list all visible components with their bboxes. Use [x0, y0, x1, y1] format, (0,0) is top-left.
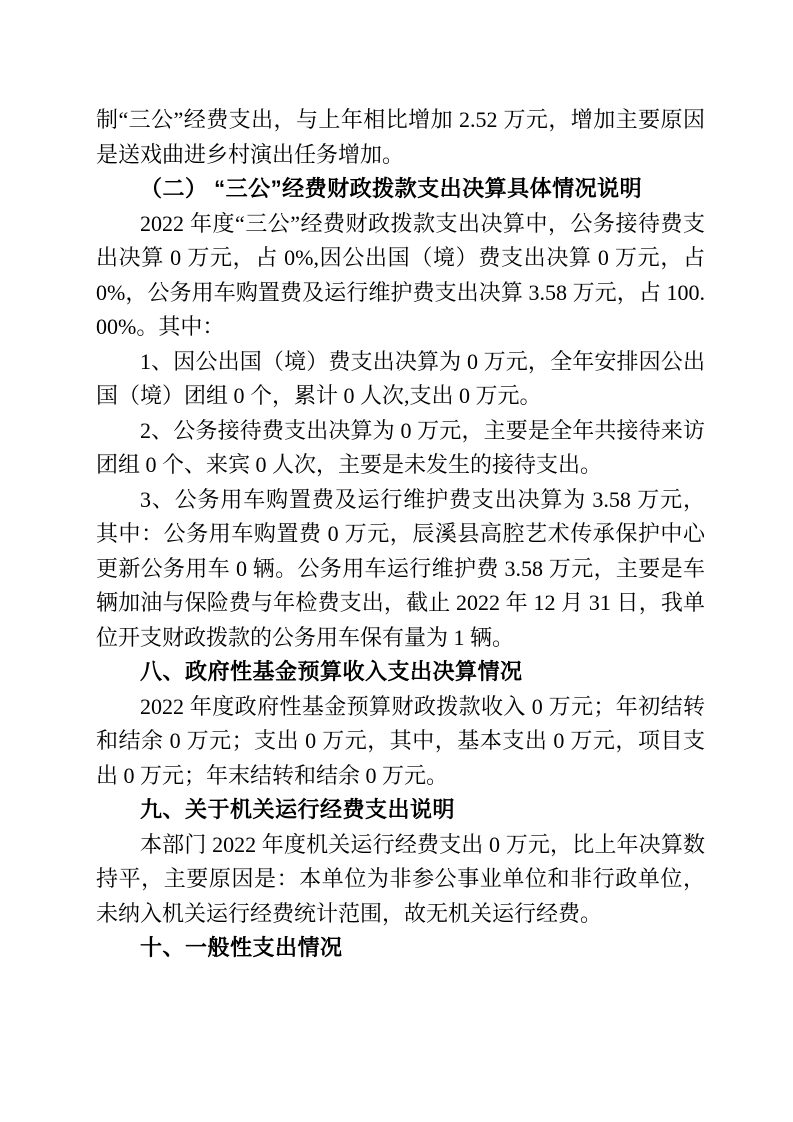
body-paragraph-sangong-summary: 2022 年度“三公”经费财政拨款支出决算中，公务接待费支出决算 0 万元，占 …	[96, 207, 705, 345]
body-paragraph-abroad-expense: 1、因公出国（境）费支出决算为 0 万元，全年安排因公出国（境）团组 0 个，累…	[96, 345, 705, 414]
document-page: 制“三公”经费支出，与上年相比增加 2.52 万元，增加主要原因是送戏曲进乡村演…	[0, 0, 793, 1122]
body-paragraph-government-fund: 2022 年度政府性基金预算财政拨款收入 0 万元；年初结转和结余 0 万元；支…	[96, 690, 705, 794]
section-heading-government-fund: 八、政府性基金预算收入支出决算情况	[96, 655, 705, 690]
body-paragraph-continuation: 制“三公”经费支出，与上年相比增加 2.52 万元，增加主要原因是送戏曲进乡村演…	[96, 103, 705, 172]
section-heading-operating-expense: 九、关于机关运行经费支出说明	[96, 793, 705, 828]
body-paragraph-vehicle-expense: 3、公务用车购置费及运行维护费支出决算为 3.58 万元，其中：公务用车购置费 …	[96, 483, 705, 656]
section-heading-general-expense: 十、一般性支出情况	[96, 931, 705, 966]
section-heading-sangong-detail: （二） “三公”经费财政拨款支出决算具体情况说明	[96, 172, 705, 207]
body-paragraph-operating-expense: 本部门 2022 年度机关运行经费支出 0 万元，比上年决算数持平，主要原因是：…	[96, 828, 705, 932]
body-paragraph-reception-expense: 2、公务接待费支出决算为 0 万元，主要是全年共接待来访团组 0 个、来宾 0 …	[96, 414, 705, 483]
